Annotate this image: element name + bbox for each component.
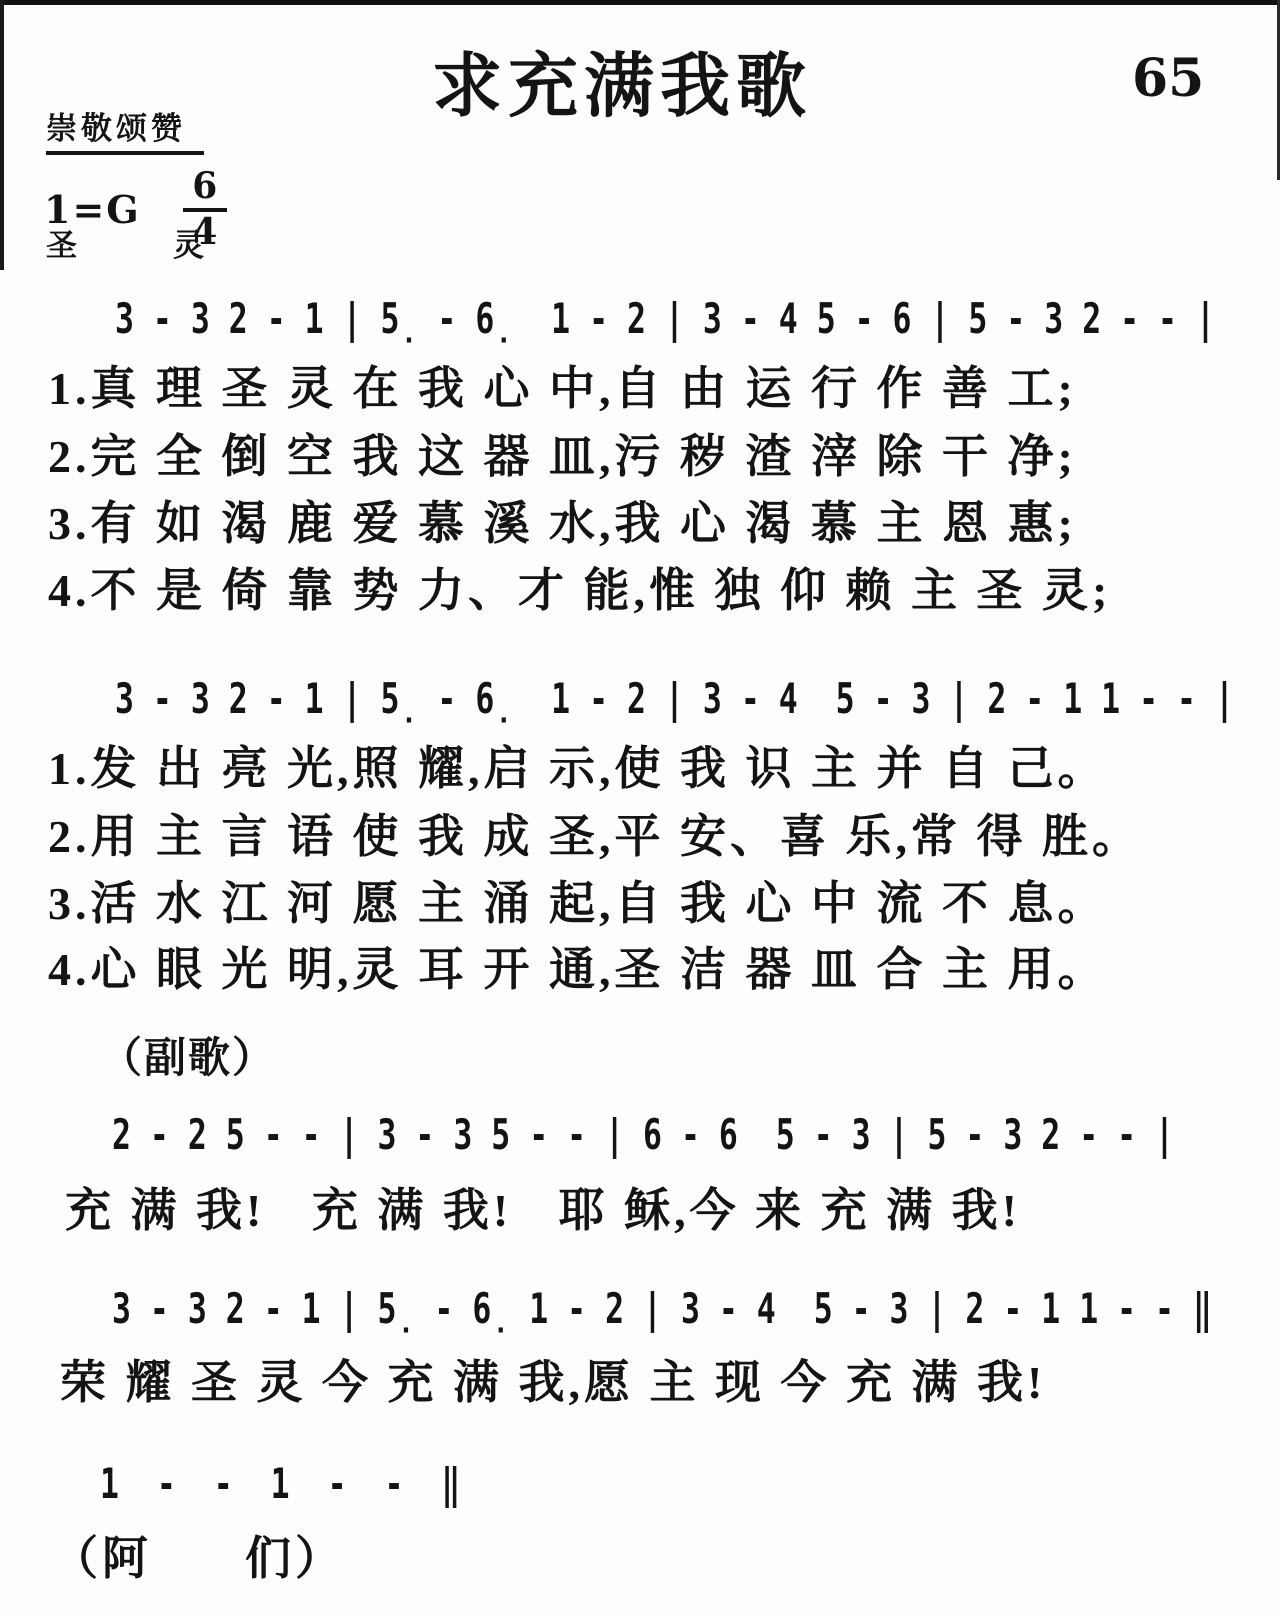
hymn-sheet-page: 崇敬颂赞 圣 灵 求充满我歌 65 1=G 6 4 3 - 3 2 - 1 | … xyxy=(0,0,1280,1616)
verse1-stanza-1: 1.真 理 圣 灵 在 我 心 中,自 由 运 行 作 善 工; xyxy=(48,366,1077,412)
verse1-stanza-4: 4.不 是 倚 靠 势 力、才 能,惟 独 仰 赖 主 圣 灵; xyxy=(48,568,1111,614)
amen-label: （阿 们） xyxy=(52,1536,345,1582)
verse2-stanza-4: 4.心 眼 光 明,灵 耳 开 通,圣 洁 器 皿 合 主 用。 xyxy=(48,947,1108,993)
chorus-notation-line-1: 2 - 2 5 - - | 3 - 3 5 - - | 6 - 6 5 - 3 … xyxy=(112,1114,1174,1156)
chorus-lyrics-line-2: 荣 耀 圣 灵 今 充 满 我,愿 主 现 今 充 满 我! xyxy=(60,1360,1046,1406)
key-signature: 1=G 6 4 xyxy=(44,168,227,252)
category-top-label: 崇敬颂赞 xyxy=(46,111,204,155)
coda-notation-line: 1 - - 1 - - ‖ xyxy=(100,1463,460,1505)
chorus-label: （副歌） xyxy=(100,1038,276,1080)
scan-edge-top xyxy=(0,0,1280,5)
page-number: 65 xyxy=(1132,48,1204,109)
verse1-stanza-3: 3.有 如 渴 鹿 爱 慕 溪 水,我 心 渴 慕 主 恩 惠; xyxy=(48,501,1077,547)
key-tonic: 1=G xyxy=(44,187,141,232)
chorus-lyrics-line-1: 充 满 我! 充 满 我! 耶 稣,今 来 充 满 我! xyxy=(65,1188,1021,1234)
verse2-stanza-2: 2.用 主 言 语 使 我 成 圣,平 安、喜 乐,常 得 胜。 xyxy=(48,814,1142,860)
time-signature-denominator: 4 xyxy=(192,214,217,252)
verse2-stanza-1: 1.发 出 亮 光,照 耀,启 示,使 我 识 主 并 自 己。 xyxy=(48,746,1108,792)
scan-edge-left xyxy=(0,0,4,270)
chorus-notation-line-2: 3 - 3 2 - 1 | 5̣ - 6̣ 1 - 2 | 3 - 4 5 - … xyxy=(112,1288,1212,1330)
time-signature: 6 4 xyxy=(183,168,227,252)
verse1-stanza-2: 2.完 全 倒 空 我 这 器 皿,污 秽 渣 滓 除 干 净; xyxy=(48,434,1077,480)
notation-line-2: 3 - 3 2 - 1 | 5̣ - 6̣ 1 - 2 | 3 - 4 5 - … xyxy=(115,678,1234,720)
notation-line-1: 3 - 3 2 - 1 | 5̣ - 6̣ 1 - 2 | 3 - 4 5 - … xyxy=(115,298,1215,340)
page-title: 求充满我歌 xyxy=(432,30,812,131)
verse2-stanza-3: 3.活 水 江 河 愿 主 涌 起,自 我 心 中 流 不 息。 xyxy=(48,881,1108,927)
time-signature-numerator: 6 xyxy=(192,168,217,206)
